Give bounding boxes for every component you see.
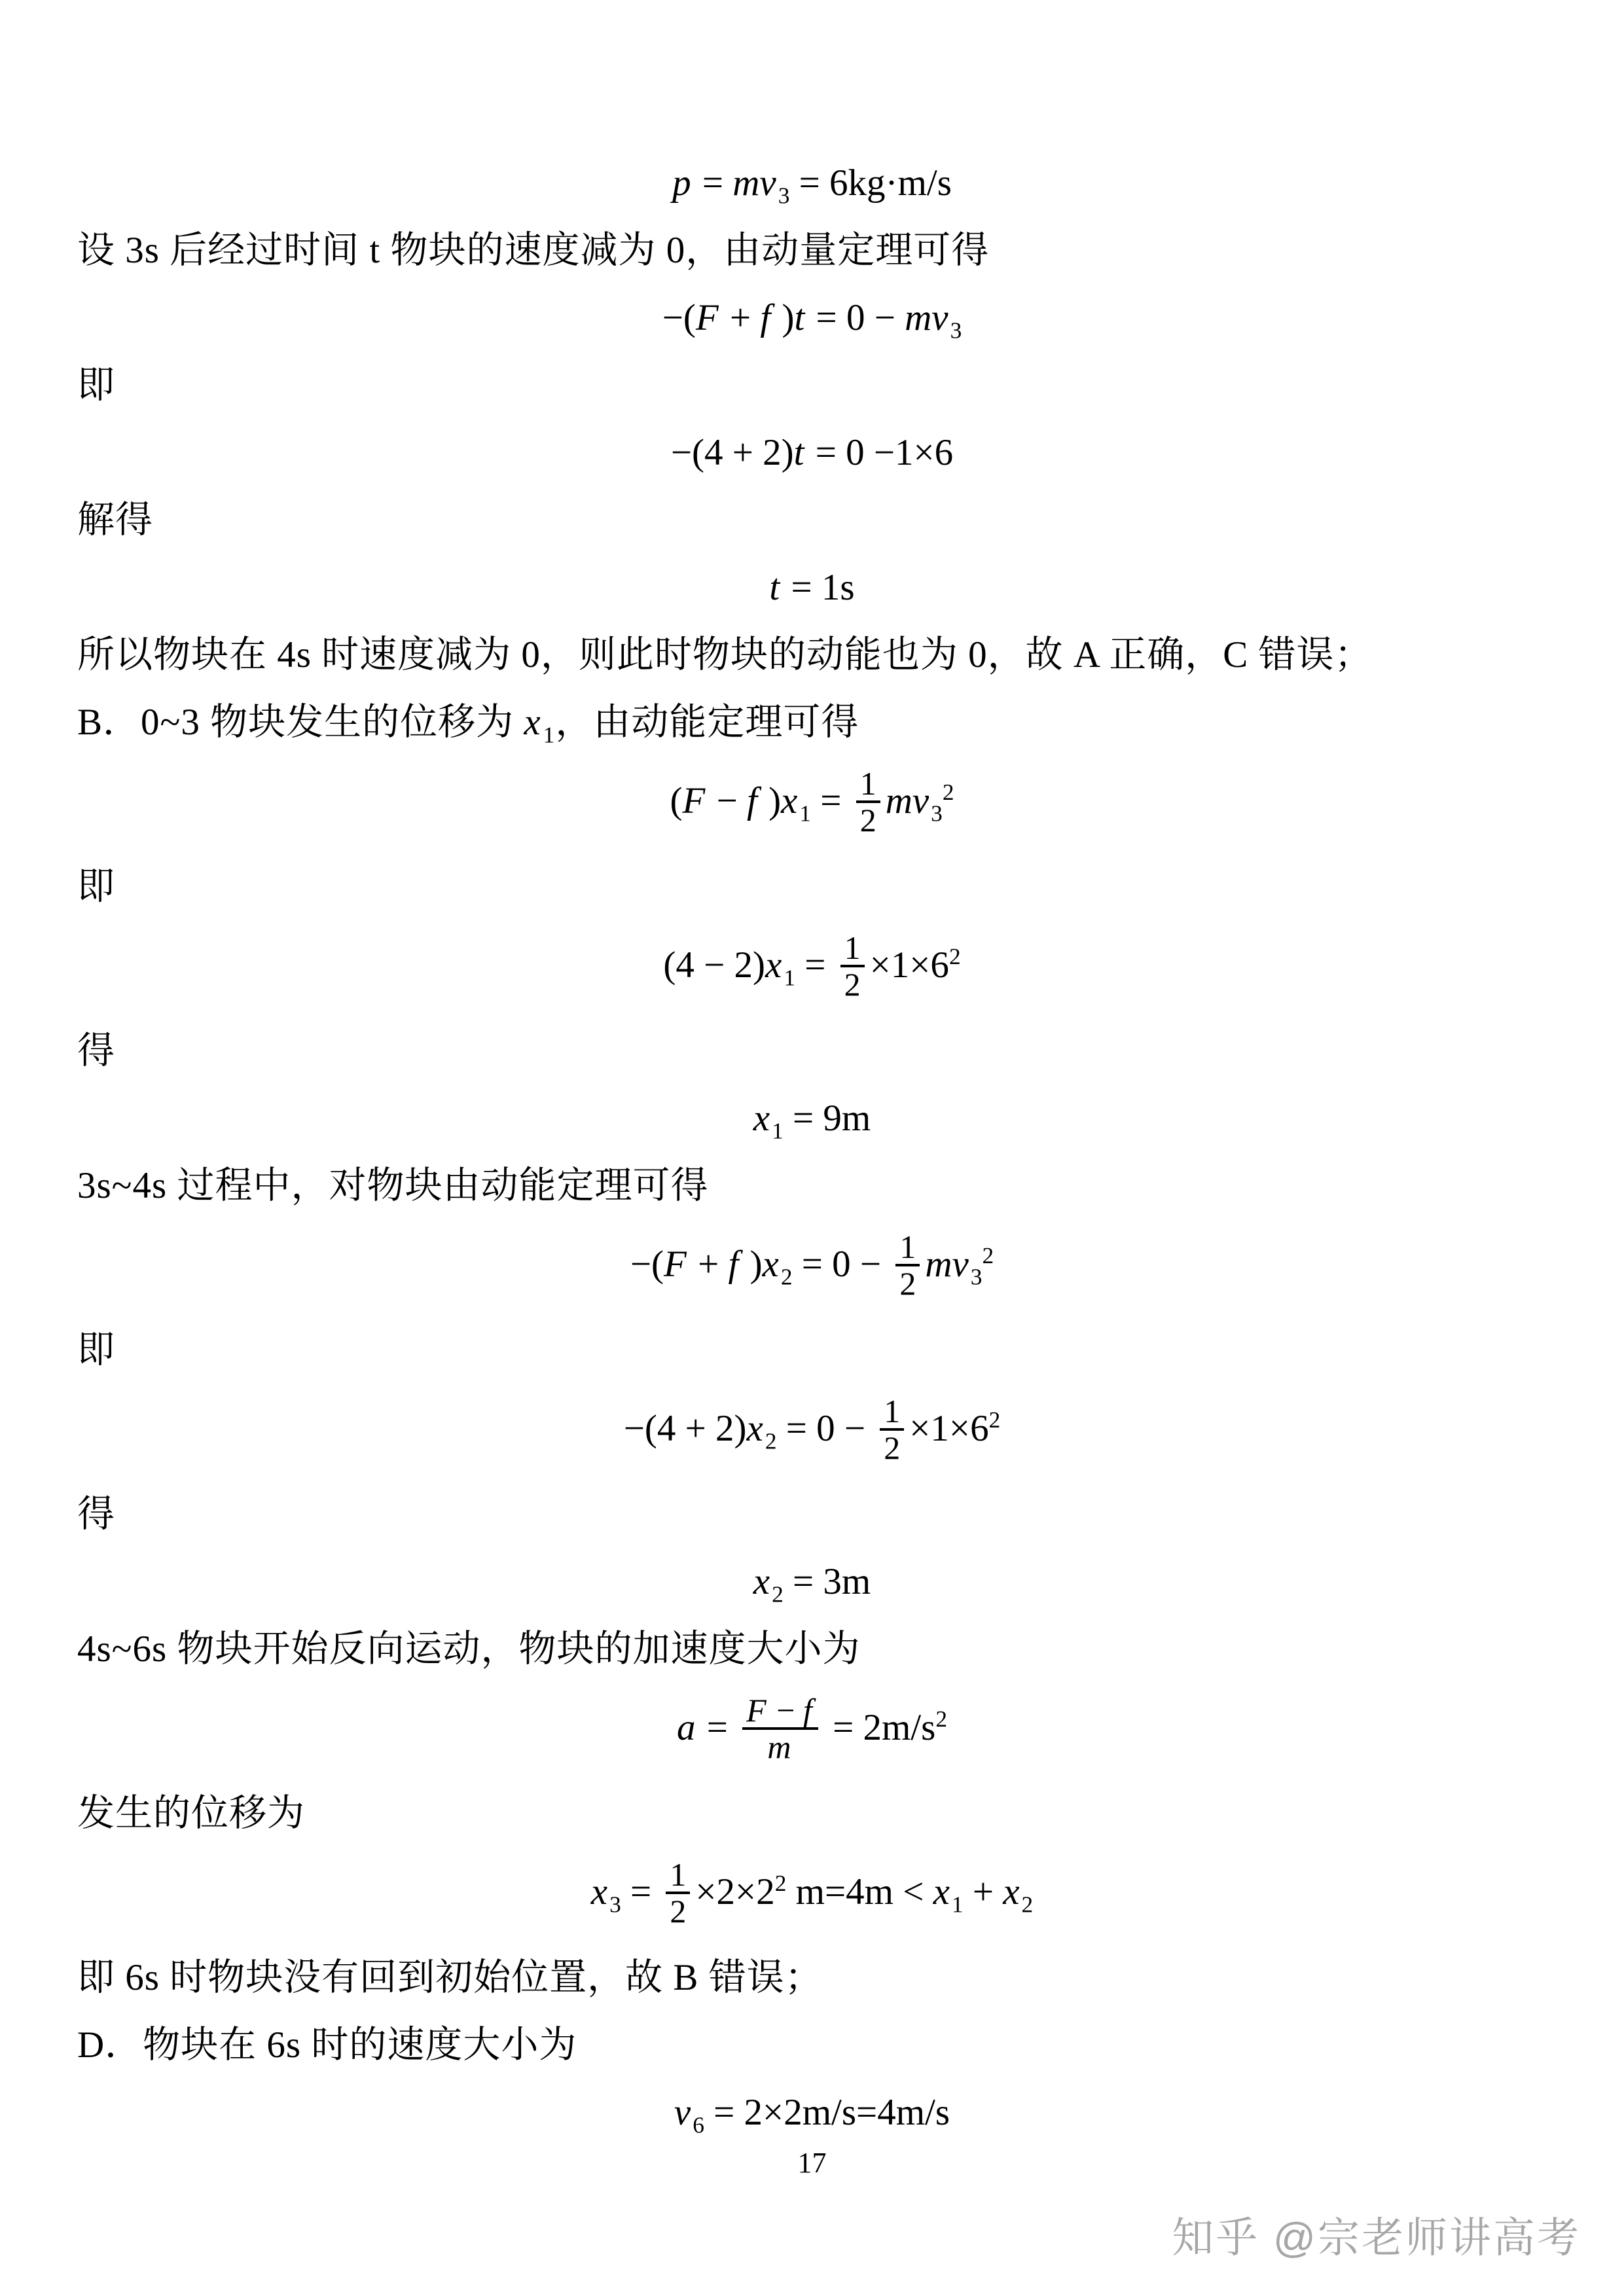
- fraction: 12: [840, 931, 865, 1001]
- watermark-zhihu: 知乎 @宗老师讲高考: [1172, 2204, 1581, 2265]
- text-paragraph: D．物块在 6s 时的速度大小为: [77, 2024, 1547, 2066]
- formula-block: x2 = 3m: [77, 1561, 1547, 1602]
- fraction: 12: [880, 1394, 904, 1465]
- text-paragraph: 3s~4s 过程中，对物块由动能定理可得: [77, 1165, 1547, 1206]
- formula-block: v6 = 2×2m/s=4m/s: [77, 2092, 1547, 2133]
- formula-block: a = F − fm = 2m/s2: [77, 1696, 1547, 1767]
- formula-block: −(F + f )t = 0 − mv3: [77, 297, 1547, 338]
- formula-block: x3 = 12×2×22 m=4m < x1 + x2: [77, 1860, 1547, 1931]
- text-paragraph: 得: [77, 1030, 1547, 1071]
- text-paragraph: 即 6s 时物块没有回到初始位置，故 B 错误；: [77, 1957, 1547, 1998]
- text-paragraph: 设 3s 后经过时间 t 物块的速度减为 0，由动量定理可得: [77, 230, 1547, 271]
- formula-block: (F − f )x1 = 12mv32: [77, 769, 1547, 840]
- text-paragraph: 4s~6s 物块开始反向运动，物块的加速度大小为: [77, 1628, 1547, 1670]
- solution-content: p = mv3 = 6kg·m/s设 3s 后经过时间 t 物块的速度减为 0，…: [77, 162, 1547, 2133]
- formula-block: −(4 + 2)t = 0 −1×6: [77, 432, 1547, 473]
- formula-block: x1 = 9m: [77, 1098, 1547, 1139]
- formula-block: p = mv3 = 6kg·m/s: [77, 162, 1547, 204]
- text-paragraph: 解得: [77, 499, 1547, 541]
- page-number: 17: [0, 2146, 1624, 2179]
- text-paragraph: 发生的位移为: [77, 1793, 1547, 1834]
- formula-block: t = 1s: [77, 567, 1547, 608]
- fraction: 12: [856, 766, 880, 837]
- fraction: F − fm: [742, 1693, 818, 1764]
- text-paragraph: B．0~3 物块发生的位移为 x1，由动能定理可得: [77, 702, 1547, 743]
- fraction: 12: [666, 1857, 690, 1928]
- formula-block: −(F + f )x2 = 0 − 12mv32: [77, 1232, 1547, 1303]
- text-paragraph: 所以物块在 4s 时速度减为 0，则此时物块的动能也为 0，故 A 正确，C 错…: [77, 634, 1547, 675]
- text-paragraph: 即: [77, 1329, 1547, 1371]
- text-paragraph: 即: [77, 866, 1547, 907]
- text-paragraph: 得: [77, 1494, 1547, 1535]
- formula-block: (4 − 2)x1 = 12×1×62: [77, 933, 1547, 1004]
- formula-block: −(4 + 2)x2 = 0 − 12×1×62: [77, 1397, 1547, 1467]
- document-page: p = mv3 = 6kg·m/s设 3s 后经过时间 t 物块的速度减为 0，…: [0, 0, 1624, 2296]
- text-paragraph: 即: [77, 365, 1547, 406]
- fraction: 12: [895, 1230, 920, 1300]
